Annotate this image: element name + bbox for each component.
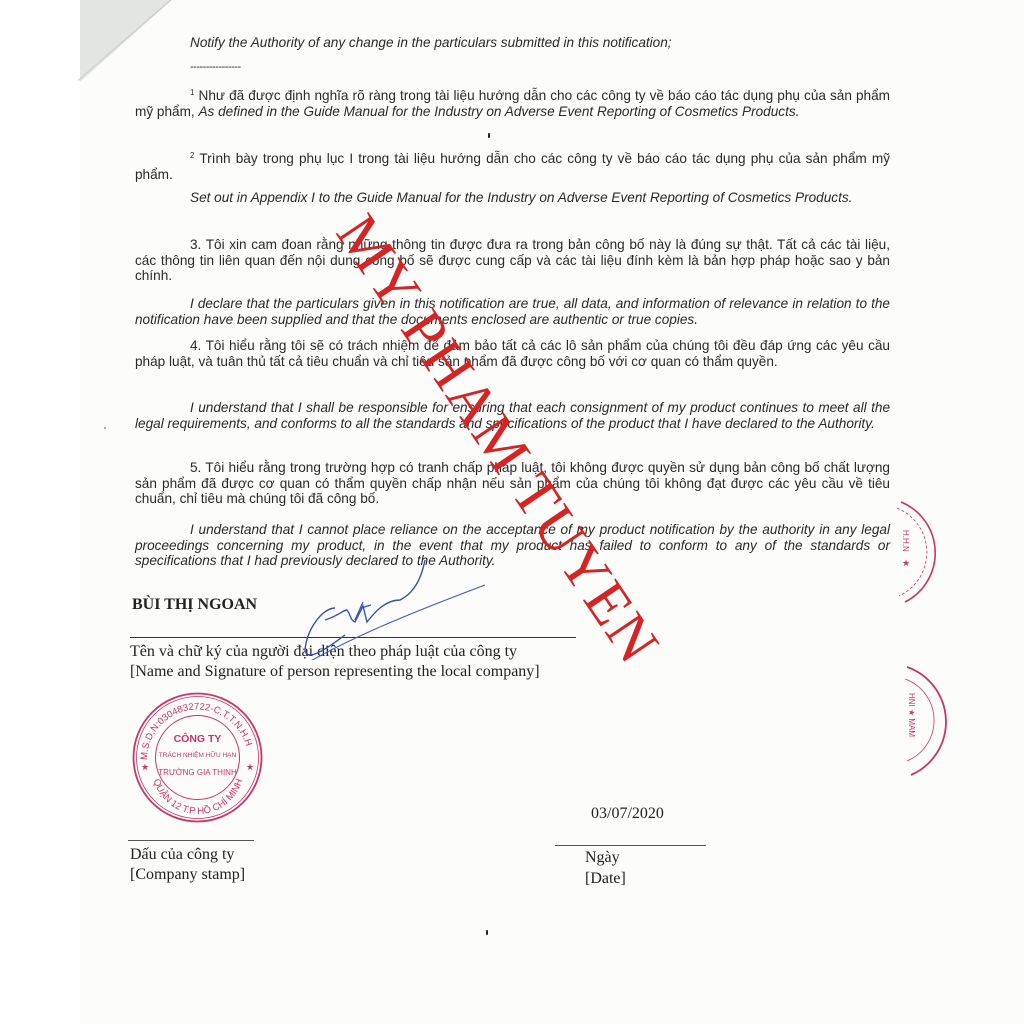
clause-3-en: I declare that the particulars given in … — [135, 296, 890, 327]
footnote-2-en: Set out in Appendix I to the Guide Manua… — [135, 190, 890, 206]
scan-speck — [104, 427, 106, 429]
scan-speck — [486, 930, 488, 935]
stamp-label-en: [Company stamp] — [130, 865, 245, 884]
scan-speck — [488, 133, 490, 138]
date-value: 03/07/2020 — [591, 806, 664, 822]
edge-stamp-top: H.H.N ★ — [895, 500, 945, 610]
company-stamp: M.S.D.N:0304832722-C.T.T.N.H.H QUẬN 12 T… — [130, 690, 265, 825]
footnote-1: 1 Như đã được định nghĩa rõ ràng trong t… — [135, 85, 890, 119]
footnote-separator: ---------------- — [190, 60, 241, 76]
clause-5-en: I understand that I cannot place relianc… — [135, 522, 890, 569]
date-label-en: [Date] — [585, 869, 626, 888]
footnote-1-marker: 1 — [190, 88, 194, 97]
edge-stamp-bottom: HNI ★ MAM — [905, 665, 955, 780]
stamp-line-2: TRÁCH NHIỆM HỮU HẠN — [159, 750, 237, 759]
clause-4-en: I understand that I shall be responsible… — [135, 400, 890, 431]
footnote-2-vi: Trình bày trong phụ lục I trong tài liệu… — [135, 151, 890, 182]
stamp-star-right: ★ — [246, 762, 254, 772]
stamp-line — [128, 840, 254, 841]
edge-stamp-top-text: H.H.N — [901, 530, 910, 552]
footnote-2-vi-paragraph: 2 Trình bày trong phụ lục I trong tài li… — [135, 148, 890, 182]
edge-stamp-top-star: ★ — [902, 558, 910, 568]
page-corner-fold — [80, 0, 172, 82]
footnote-1-en: As defined in the Guide Manual for the I… — [198, 104, 799, 119]
signature-scribble — [285, 560, 485, 660]
intro-line: Notify the Authority of any change in th… — [190, 35, 672, 51]
stamp-line-3: TRƯỜNG GIA THỊNH — [158, 768, 237, 777]
clause-5-vi: 5. Tôi hiểu rằng trong trường hợp có tra… — [135, 460, 890, 507]
stamp-label-vi: Dấu của công ty — [130, 845, 234, 864]
date-label-vi: Ngày — [585, 848, 620, 867]
date-line — [555, 845, 706, 846]
edge-stamp-bottom-text: HNI ★ MAM — [907, 693, 916, 737]
clause-3-vi: 3. Tôi xin cam đoan rằng những thông tin… — [135, 237, 890, 284]
stamp-star-left: ★ — [141, 762, 149, 772]
signatory-name: BÙI THỊ NGOAN — [132, 597, 257, 613]
footnote-2-marker: 2 — [190, 151, 194, 160]
signatory-label-en: [Name and Signature of person representi… — [130, 662, 540, 681]
clause-4-vi: 4. Tôi hiểu rằng tôi sẽ có trách nhiệm đ… — [135, 338, 890, 369]
stamp-line-1: CÔNG TY — [174, 732, 222, 745]
